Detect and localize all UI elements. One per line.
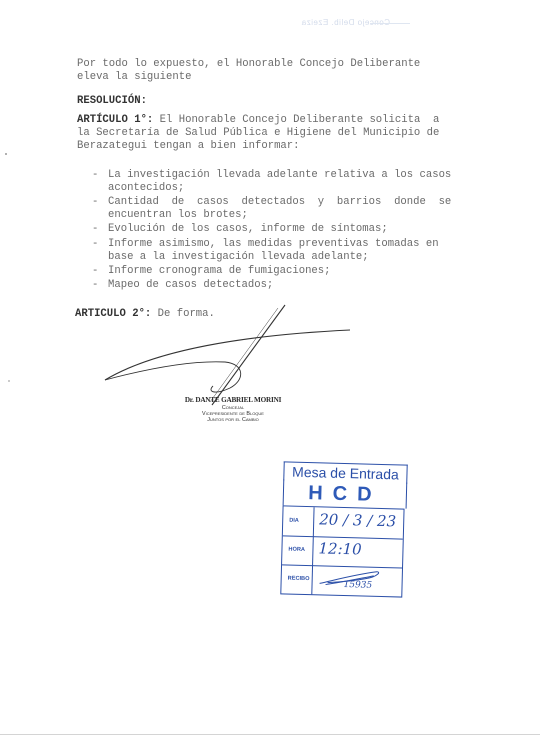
stamp-grid: DIA 20 / 3 / 23 HORA 12:10 RECIBO 15935 — [280, 505, 404, 597]
list-item: -Evolución de los casos, informe de sínt… — [92, 223, 451, 236]
article-1-label: ARTÍCULO 1°: — [77, 114, 153, 126]
article-1-text-line-2: la Secretaría de Salud Pública e Higiene… — [77, 127, 439, 139]
intro-line-2: eleva la siguiente — [77, 71, 191, 83]
list-item-text: La investigación llevada adelante relati… — [108, 169, 451, 181]
article-1: ARTÍCULO 1°: El Honorable Concejo Delibe… — [77, 114, 439, 153]
intro-paragraph: Por todo lo expuesto, el Honorable Conce… — [77, 58, 420, 84]
resolution-heading: RESOLUCIÓN: — [77, 95, 147, 108]
faint-header-stamp: Concejo Delib. Ezeiza — [240, 18, 390, 28]
stamp-receipt-number: 15935 — [343, 580, 372, 591]
stamp-receipt-label: RECIBO — [288, 576, 312, 583]
stamp-time-label: HORA — [288, 547, 312, 554]
list-item-text-continued: encuentran los brotes; — [108, 209, 248, 221]
list-item: -Informe cronograma de fumigaciones; — [92, 265, 451, 278]
list-bullet: - — [92, 196, 98, 209]
list-bullet: - — [92, 169, 98, 182]
scan-speck — [5, 153, 7, 155]
handwritten-signature — [95, 300, 355, 410]
list-bullet: - — [92, 265, 98, 278]
list-bullet: - — [92, 279, 98, 292]
list-item: -La investigación llevada adelante relat… — [92, 169, 451, 195]
list-item-text: Informe cronograma de fumigaciones; — [108, 265, 331, 277]
list-item: -Mapeo de casos detectados; — [92, 279, 451, 292]
intro-line-1: Por todo lo expuesto, el Honorable Conce… — [77, 58, 420, 70]
stamp-org: HCD — [283, 479, 408, 508]
signatory-bloc: Juntos por el Cambio — [178, 417, 288, 423]
article-1-text-line-1: El Honorable Concejo Deliberante solicit… — [153, 114, 439, 126]
article-1-text-line-3: Berazategui tengan a bien informar: — [77, 140, 300, 152]
list-item-text: Evolución de los casos, informe de sínto… — [108, 223, 388, 235]
reception-stamp: Mesa de Entrada HCD DIA 20 / 3 / 23 HORA… — [280, 461, 405, 597]
page-bottom-edge — [0, 734, 540, 735]
list-bullet: - — [92, 238, 98, 251]
request-list: -La investigación llevada adelante relat… — [92, 169, 451, 294]
list-item-text-continued: acontecidos; — [108, 182, 184, 194]
stamp-date-value: 20 / 3 / 23 — [319, 510, 396, 530]
list-item: -Informe asimismo, las medidas preventiv… — [92, 238, 451, 264]
list-item-text: Cantidad de casos detectados y barrios d… — [108, 196, 451, 208]
signatory-name: Dr. DANTE GABRIEL MORINI — [183, 396, 283, 404]
list-item: -Cantidad de casos detectados y barrios … — [92, 196, 451, 222]
scan-speck — [8, 380, 10, 382]
stamp-row-date: DIA 20 / 3 / 23 — [283, 506, 404, 539]
list-item-text-continued: base a la investigación llevada adelante… — [108, 251, 369, 263]
stamp-time-value: 12:10 — [318, 539, 362, 558]
stamp-row-receipt: RECIBO 15935 — [281, 564, 402, 596]
stamp-date-label: DIA — [289, 518, 313, 525]
list-item-text: Informe asimismo, las medidas preventiva… — [108, 238, 439, 250]
list-bullet: - — [92, 223, 98, 236]
stamp-row-time: HORA 12:10 — [282, 535, 403, 568]
list-item-text: Mapeo de casos detectados; — [108, 279, 273, 291]
